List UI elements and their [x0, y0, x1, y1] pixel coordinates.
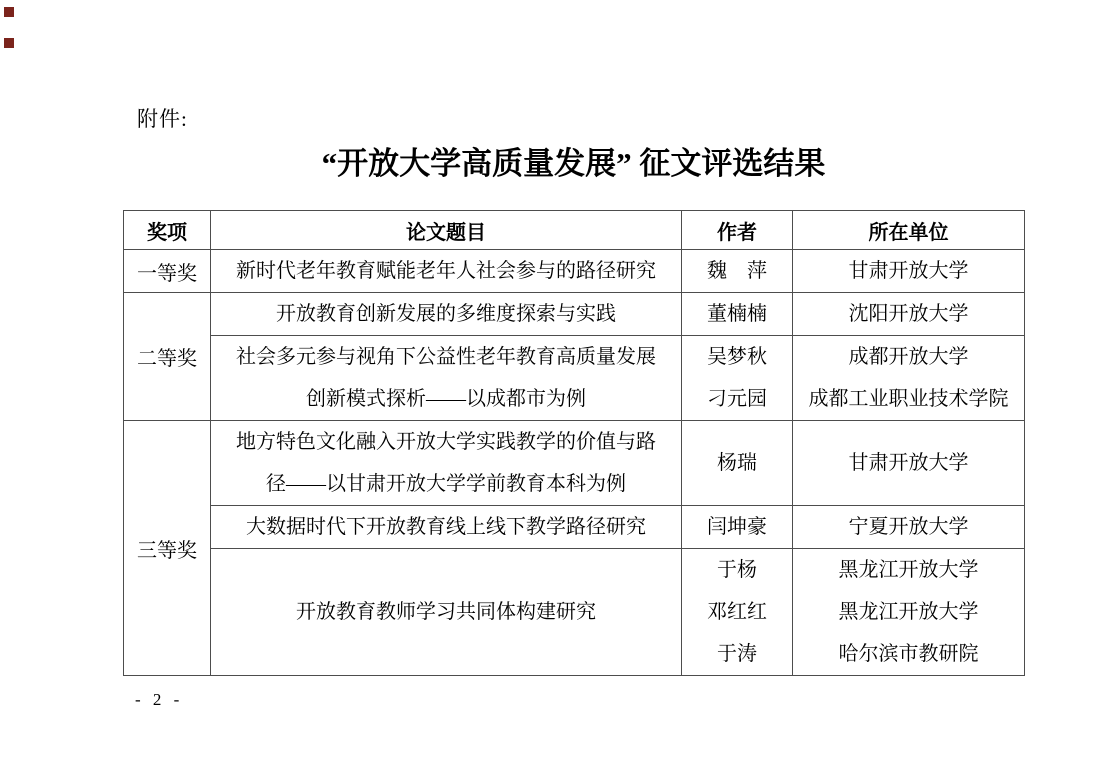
author-name: 于涛	[682, 633, 792, 675]
table-row: 一等奖新时代老年教育赋能老年人社会参与的路径研究魏 萍甘肃开放大学	[124, 250, 1025, 293]
column-header-title: 论文题目	[211, 211, 682, 250]
author-name: 刁元园	[682, 378, 792, 420]
table-row: 大数据时代下开放教育线上线下教学路径研究闫坤豪宁夏开放大学	[124, 506, 1025, 549]
unit-name: 甘肃开放大学	[793, 442, 1024, 484]
unit-name: 成都开放大学	[793, 336, 1024, 378]
paper-title-cell: 开放教育教师学习共同体构建研究	[211, 549, 682, 676]
unit-name: 宁夏开放大学	[793, 506, 1024, 548]
page-title: “开放大学高质量发展” 征文评选结果	[123, 138, 1024, 183]
paper-title-line: 社会多元参与视角下公益性老年教育高质量发展	[211, 336, 681, 378]
paper-title-line: 径——以甘肃开放大学学前教育本科为例	[211, 463, 681, 505]
column-header-author: 作者	[682, 211, 793, 250]
paper-title-cell: 大数据时代下开放教育线上线下教学路径研究	[211, 506, 682, 549]
author-cell: 闫坤豪	[682, 506, 793, 549]
unit-name: 甘肃开放大学	[793, 250, 1024, 292]
author-name: 魏 萍	[682, 250, 792, 292]
results-table-body: 一等奖新时代老年教育赋能老年人社会参与的路径研究魏 萍甘肃开放大学二等奖开放教育…	[124, 250, 1025, 676]
paper-title-line: 创新模式探析——以成都市为例	[211, 378, 681, 420]
paper-title-cell: 开放教育创新发展的多维度探索与实践	[211, 293, 682, 336]
author-name: 杨瑞	[682, 442, 792, 484]
unit-cell: 沈阳开放大学	[793, 293, 1025, 336]
author-name: 邓红红	[682, 591, 792, 633]
attachment-label: 附件:	[137, 103, 188, 133]
unit-cell: 甘肃开放大学	[793, 421, 1025, 506]
unit-cell: 黑龙江开放大学黑龙江开放大学哈尔滨市教研院	[793, 549, 1025, 676]
author-cell: 于杨邓红红于涛	[682, 549, 793, 676]
unit-name: 黑龙江开放大学	[793, 591, 1024, 633]
author-name: 于杨	[682, 549, 792, 591]
unit-name: 沈阳开放大学	[793, 293, 1024, 335]
table-row: 二等奖开放教育创新发展的多维度探索与实践董楠楠沈阳开放大学	[124, 293, 1025, 336]
award-cell: 一等奖	[124, 250, 211, 293]
paper-title-line: 开放教育创新发展的多维度探索与实践	[211, 293, 681, 335]
paper-title-cell: 新时代老年教育赋能老年人社会参与的路径研究	[211, 250, 682, 293]
unit-cell: 成都开放大学成都工业职业技术学院	[793, 336, 1025, 421]
author-name: 吴梦秋	[682, 336, 792, 378]
results-table: 奖项 论文题目 作者 所在单位 一等奖新时代老年教育赋能老年人社会参与的路径研究…	[123, 210, 1025, 676]
unit-name: 哈尔滨市教研院	[793, 633, 1024, 675]
award-cell: 三等奖	[124, 421, 211, 676]
table-row: 社会多元参与视角下公益性老年教育高质量发展创新模式探析——以成都市为例吴梦秋刁元…	[124, 336, 1025, 421]
column-header-unit: 所在单位	[793, 211, 1025, 250]
paper-title-line: 大数据时代下开放教育线上线下教学路径研究	[211, 506, 681, 548]
author-cell: 魏 萍	[682, 250, 793, 293]
paper-title-line: 新时代老年教育赋能老年人社会参与的路径研究	[211, 250, 681, 292]
red-corner-mark	[4, 7, 14, 17]
header-row: 奖项 论文题目 作者 所在单位	[124, 211, 1025, 250]
unit-name: 黑龙江开放大学	[793, 549, 1024, 591]
unit-name: 成都工业职业技术学院	[793, 378, 1024, 420]
author-name: 闫坤豪	[682, 506, 792, 548]
paper-title-line: 地方特色文化融入开放大学实践教学的价值与路	[211, 421, 681, 463]
paper-title-line: 开放教育教师学习共同体构建研究	[211, 591, 681, 633]
column-header-award: 奖项	[124, 211, 211, 250]
document-page: 附件: “开放大学高质量发展” 征文评选结果 奖项 论文题目 作者 所在单位 一…	[0, 0, 1109, 776]
award-cell: 二等奖	[124, 293, 211, 421]
author-cell: 董楠楠	[682, 293, 793, 336]
author-cell: 杨瑞	[682, 421, 793, 506]
author-cell: 吴梦秋刁元园	[682, 336, 793, 421]
paper-title-cell: 社会多元参与视角下公益性老年教育高质量发展创新模式探析——以成都市为例	[211, 336, 682, 421]
paper-title-cell: 地方特色文化融入开放大学实践教学的价值与路径——以甘肃开放大学学前教育本科为例	[211, 421, 682, 506]
table-row: 三等奖地方特色文化融入开放大学实践教学的价值与路径——以甘肃开放大学学前教育本科…	[124, 421, 1025, 506]
unit-cell: 宁夏开放大学	[793, 506, 1025, 549]
author-name: 董楠楠	[682, 293, 792, 335]
red-corner-mark	[4, 38, 14, 48]
unit-cell: 甘肃开放大学	[793, 250, 1025, 293]
results-table-head: 奖项 论文题目 作者 所在单位	[124, 211, 1025, 250]
table-row: 开放教育教师学习共同体构建研究于杨邓红红于涛黑龙江开放大学黑龙江开放大学哈尔滨市…	[124, 549, 1025, 676]
page-number: - 2 -	[135, 690, 183, 710]
